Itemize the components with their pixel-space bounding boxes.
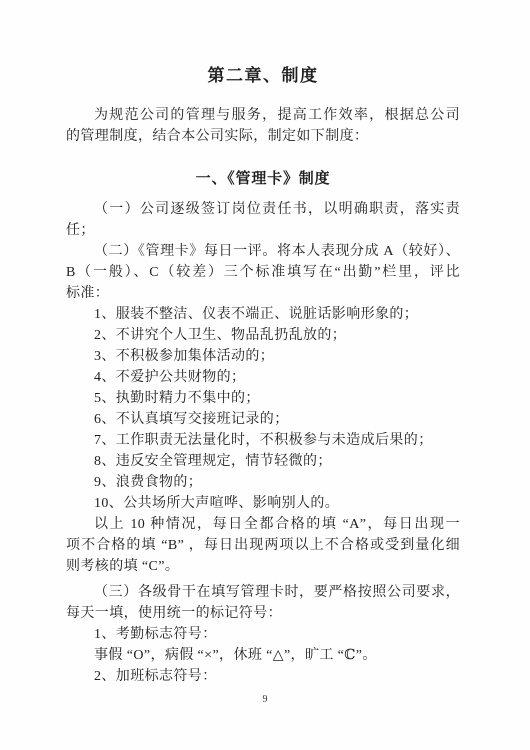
chapter-title: 第二章、制度 [66, 64, 460, 88]
document-line: 2、加班标志符号： [66, 666, 460, 687]
document-line: 项不合格的填 “B” ，每日出现两项以上不合格或受到量化细 [66, 535, 460, 556]
document-line: 2、不讲究个人卫生、物品乱扔乱放的； [66, 325, 460, 346]
document-line: （一）公司逐级签订岗位责任书，以明确职责，落实责 [66, 199, 460, 220]
document-line: 4、不爱护公共财物的； [66, 367, 460, 388]
document-line: 任； [66, 220, 460, 241]
document-line: 事假 “O”，病假 “×”，休班 “△”，旷工 “ℂ”。 [66, 645, 460, 666]
document-line: 9、浪费食物的； [66, 472, 460, 493]
document-line: 6、不认真填写交接班记录的； [66, 409, 460, 430]
document-line: 1、服装不整洁、仪表不端正、说脏话影响形象的； [66, 304, 460, 325]
document-line: 每天一填，使用统一的标记符号： [66, 603, 460, 624]
document-line: 5、执勤时精力不集中的； [66, 388, 460, 409]
document-page: 第二章、制度为规范公司的管理与服务，提高工作效率，根据总公司的管理制度，结合本公… [0, 0, 530, 750]
document-line: 10、公共场所大声喧哗、影响别人的。 [66, 493, 460, 514]
document-line: 7、工作职责无法量化时，不积极参与未造成后果的； [66, 430, 460, 451]
document-line: （二）《管理卡》每日一评。将本人表现分成 A（较好）、 [66, 241, 460, 262]
document-line: 则考核的填 “C”。 [66, 556, 460, 577]
document-line: B（一般）、C（较差）三个标准填写在“出勤”栏里，评比 [66, 262, 460, 283]
document-line: （三）各级骨干在填写管理卡时，要严格按照公司要求， [66, 582, 460, 603]
document-line: 的管理制度，结合本公司实际，制定如下制度： [66, 126, 460, 147]
document-line: 8、违反安全管理规定，情节轻微的； [66, 451, 460, 472]
document-line: 1、考勤标志符号： [66, 624, 460, 645]
document-body: 第二章、制度为规范公司的管理与服务，提高工作效率，根据总公司的管理制度，结合本公… [66, 64, 460, 687]
page-number: 9 [0, 694, 530, 705]
document-line: 3、不积极参加集体活动的； [66, 346, 460, 367]
section-heading: 一、《管理卡》制度 [66, 168, 460, 190]
document-line: 为规范公司的管理与服务，提高工作效率，根据总公司 [66, 105, 460, 126]
document-line: 以上 10 种情况，每日全都合格的填 “A”，每日出现一 [66, 514, 460, 535]
document-line: 标准： [66, 283, 460, 304]
